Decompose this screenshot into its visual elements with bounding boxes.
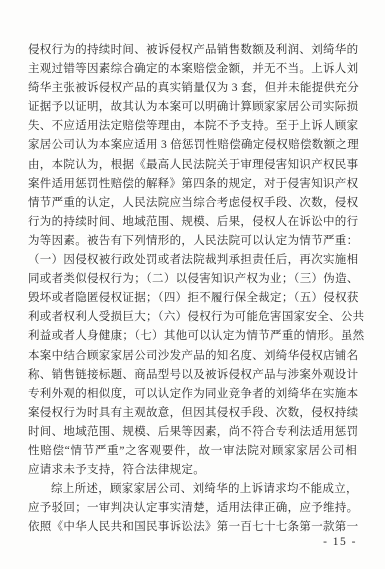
- text-line: 依照《中华人民共和国民事诉讼法》第一百七十七条第一款第一: [28, 518, 357, 537]
- text-line: 证据予以证明，故其认为本案可以明确计算顾家家居公司实际损: [28, 98, 357, 117]
- document-page: 侵权行为的持续时间、被诉侵权产品销售数额及利润、刘绮华的 主观过错等因素综合确定…: [0, 0, 385, 569]
- text-line: 为等因素。被告有下列情形的，人民法院可以认定为情节严重：: [28, 232, 357, 251]
- text-line: 利益或者人身健康；（七）其他可以认定为情节严重的情形。虽然: [28, 327, 357, 346]
- text-line: 绮华主张被诉侵权产品的真实销量仅为 3 套，但并未能提供充分: [28, 79, 357, 98]
- page-number: - 15 -: [323, 536, 357, 548]
- text-line: 性赔偿“情节严重”之客观要件，故一审法院对顾家家居公司相: [28, 442, 357, 461]
- text-line: 案件适用惩罚性赔偿的解释》第四条的规定，对于侵害知识产权: [28, 175, 357, 194]
- text-line: 由，本院认为，根据《最高人民法院关于审理侵害知识产权民事: [28, 156, 357, 175]
- text-line: 失、不应适用法定赔偿等理由，本院不予支持。至于上诉人顾家: [28, 117, 357, 136]
- text-line: 应请求未予支持，符合法律规定。: [28, 461, 357, 480]
- text-line: 称、销售链接标题、商品型号以及被诉侵权产品与涉案外观设计: [28, 366, 357, 385]
- text-line: 行为的持续时间、地域范围、规模、后果，侵权人在诉讼中的行: [28, 213, 357, 232]
- text-line: 利或者权利人受损巨大；（六）侵权行为可能危害国家安全、公共: [28, 308, 357, 327]
- text-line: 应予驳回；一审判决认定事实清楚，适用法律正确，应予维持。: [28, 499, 357, 518]
- text-line: 案侵权行为时具有主观故意，但因其侵权手段、次数，侵权持续: [28, 404, 357, 423]
- text-line: 本案中结合顾家家居公司沙发产品的知名度、刘绮华侵权店铺名: [28, 347, 357, 366]
- text-line: 毁坏或者隐匿侵权证据；（四）拒不履行保全裁定；（五）侵权获: [28, 289, 357, 308]
- body-text: 侵权行为的持续时间、被诉侵权产品销售数额及利润、刘绮华的 主观过错等因素综合确定…: [28, 41, 357, 537]
- text-line: 时间、地域范围、规模、后果等因素，尚不符合专利法适用惩罚: [28, 423, 357, 442]
- text-line: 家居公司认为本案应适用 3 倍惩罚性赔偿确定侵权赔偿数额之理: [28, 136, 357, 155]
- text-line: 侵权行为的持续时间、被诉侵权产品销售数额及利润、刘绮华的: [28, 41, 357, 60]
- text-line: 同或者类似侵权行为；（二）以侵害知识产权为业；（三）伪造、: [28, 270, 357, 289]
- text-line: 情节严重的认定，人民法院应当综合考虑侵权手段、次数，侵权: [28, 194, 357, 213]
- text-line: （一）因侵权被行政处罚或者法院裁判承担责任后，再次实施相: [28, 251, 357, 270]
- text-line: 专利外观的相似度，可以认定作为同业竞争者的刘绮华在实施本: [28, 385, 357, 404]
- text-line: 主观过错等因素综合确定的本案赔偿金额，并无不当。上诉人刘: [28, 60, 357, 79]
- text-line-paragraph-start: 综上所述，顾家家居公司、刘绮华的上诉请求均不能成立，: [28, 480, 357, 499]
